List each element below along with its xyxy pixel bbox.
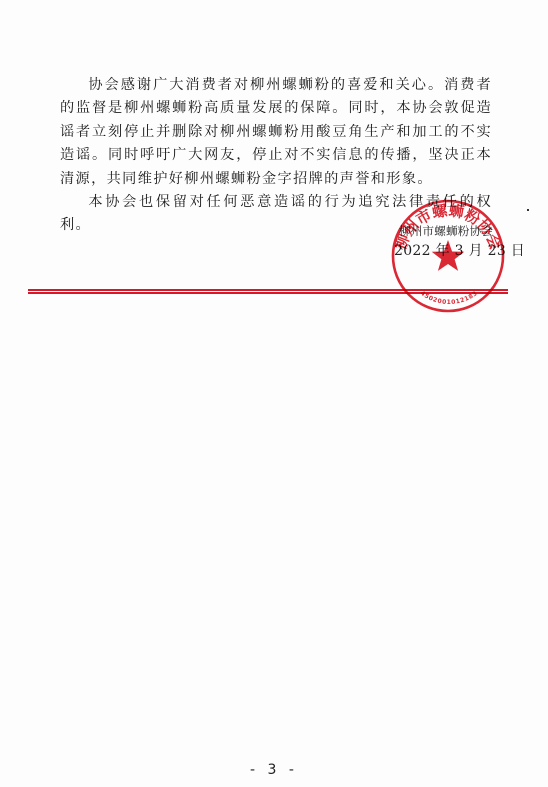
red-rule-thin bbox=[28, 289, 508, 291]
document-page: 协会感谢广大消费者对柳州螺蛳粉的喜爱和关心。消费者的监督是柳州螺蛳粉高质量发展的… bbox=[0, 0, 548, 787]
scan-speck bbox=[527, 209, 529, 211]
page-number: - 3 - bbox=[0, 762, 548, 778]
document-body: 协会感谢广大消费者对柳州螺蛳粉的喜爱和关心。消费者的监督是柳州螺蛳粉高质量发展的… bbox=[60, 74, 492, 238]
signature-date: 2022 年 3 月 23 日 bbox=[394, 240, 498, 262]
signature-organization: 柳州市螺蛳粉协会 bbox=[394, 222, 498, 240]
red-rule-thick bbox=[28, 292, 508, 294]
paragraph-thanks: 协会感谢广大消费者对柳州螺蛳粉的喜爱和关心。消费者的监督是柳州螺蛳粉高质量发展的… bbox=[60, 74, 492, 191]
signature-block: 柳州市螺蛳粉协会 2022 年 3 月 23 日 bbox=[394, 222, 498, 262]
